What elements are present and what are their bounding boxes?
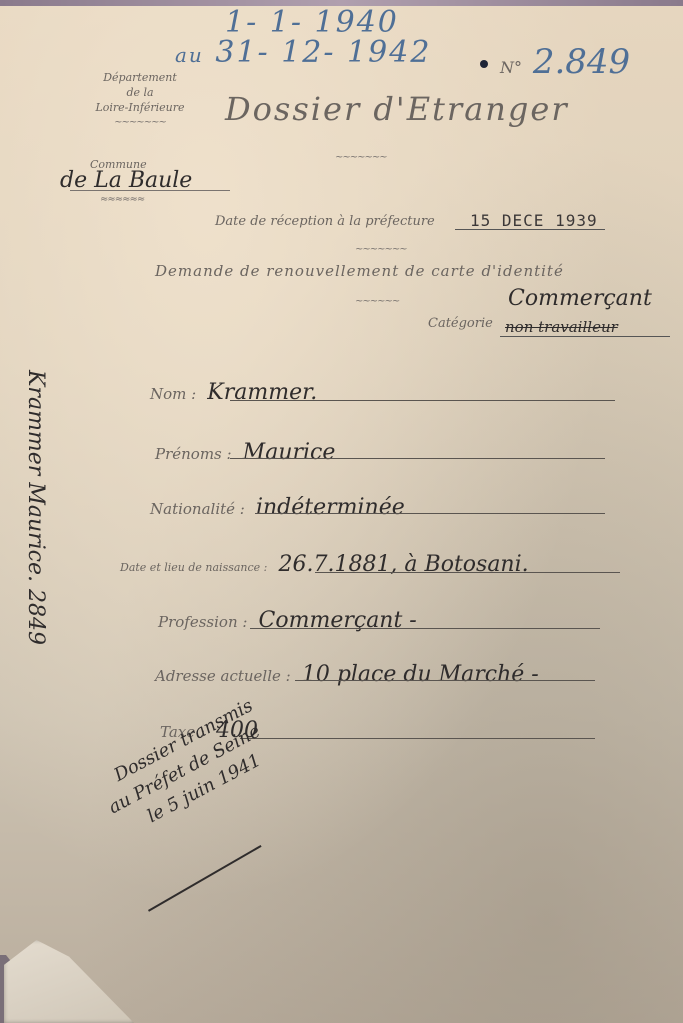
date-to: au 31- 12- 1942 <box>175 38 431 70</box>
category-underline <box>500 336 670 337</box>
field-underline <box>250 628 600 629</box>
commune-underline <box>70 190 230 191</box>
field-label: Nationalité : <box>150 500 245 518</box>
field-value: Commerçant - <box>259 608 417 633</box>
field-underline <box>230 400 615 401</box>
margin-note: Krammer Maurice. 2849 <box>23 370 48 645</box>
ink-dot <box>480 60 488 68</box>
request-type: Demande de renouvellement de carte d'ide… <box>155 262 564 280</box>
field-adresse: Adresse actuelle : 10 place du Marché - <box>155 662 539 687</box>
department-line-3: Loire-Inférieure <box>70 100 210 115</box>
reception-label: Date de réception à la préfecture <box>215 214 435 229</box>
field-label: Nom : <box>150 385 196 403</box>
field-value: indéterminée <box>256 495 405 520</box>
field-underline <box>295 680 595 681</box>
category-struck-value: non travailleur <box>505 318 618 336</box>
date-range: 1- 1- 1940 au 31- 12- 1942 <box>175 8 431 70</box>
field-nom: Nom : Krammer. <box>150 380 317 405</box>
department-line-1: Département <box>70 70 210 85</box>
field-label: Profession : <box>158 613 247 631</box>
field-underline <box>315 572 620 573</box>
field-value: Maurice <box>243 440 336 465</box>
transmission-note: Dossier transmis au Préfet de Seine le 5… <box>92 693 282 844</box>
transmission-underline <box>148 845 262 912</box>
department-block: Département de la Loire-Inférieure ~~~~~… <box>70 70 210 130</box>
department-ornament: ~~~~~~~ <box>70 115 210 130</box>
dossier-number-label: N° <box>500 58 522 77</box>
field-profession: Profession : Commerçant - <box>158 608 417 633</box>
category-label: Catégorie <box>428 316 493 331</box>
field-underline <box>240 738 595 739</box>
field-value: 10 place du Marché - <box>302 662 539 687</box>
field-value: 26.7.1881, à Botosani. <box>278 552 528 577</box>
dossier-number-value: 2.849 <box>533 42 630 82</box>
field-prenoms: Prénoms : Maurice <box>155 440 335 465</box>
field-value: Krammer. <box>207 380 317 405</box>
date-from: 1- 1- 1940 <box>175 8 431 38</box>
date-to-prefix: au <box>175 43 204 67</box>
reception-underline <box>455 229 605 230</box>
dossier-number: N° 2.849 <box>500 42 630 82</box>
title-ornament: ~~~~~~~ <box>335 152 387 163</box>
category-value: Commerçant <box>508 286 652 311</box>
page-title: Dossier d'Etranger <box>225 90 569 128</box>
document-page: 1- 1- 1940 au 31- 12- 1942 N° 2.849 Dépa… <box>0 0 683 1023</box>
field-nationalite: Nationalité : indéterminée <box>150 495 405 520</box>
date-to-value: 31- 12- 1942 <box>215 35 431 70</box>
demande-ornament-top: ~~~~~~~ <box>355 244 407 255</box>
field-underline <box>255 513 605 514</box>
reception-stamp: 15 DECE 1939 <box>470 211 598 230</box>
field-label: Adresse actuelle : <box>155 667 291 685</box>
field-label: Date et lieu de naissance : <box>120 561 267 574</box>
folded-corner <box>4 940 134 1023</box>
field-naissance: Date et lieu de naissance : 26.7.1881, à… <box>120 552 529 577</box>
field-underline <box>230 458 605 459</box>
department-line-2: de la <box>70 85 210 100</box>
commune-ornament: ≈≈≈≈≈≈ <box>100 194 144 205</box>
categorie-ornament: ~~~~~~ <box>355 296 399 307</box>
field-label: Prénoms : <box>155 445 232 463</box>
